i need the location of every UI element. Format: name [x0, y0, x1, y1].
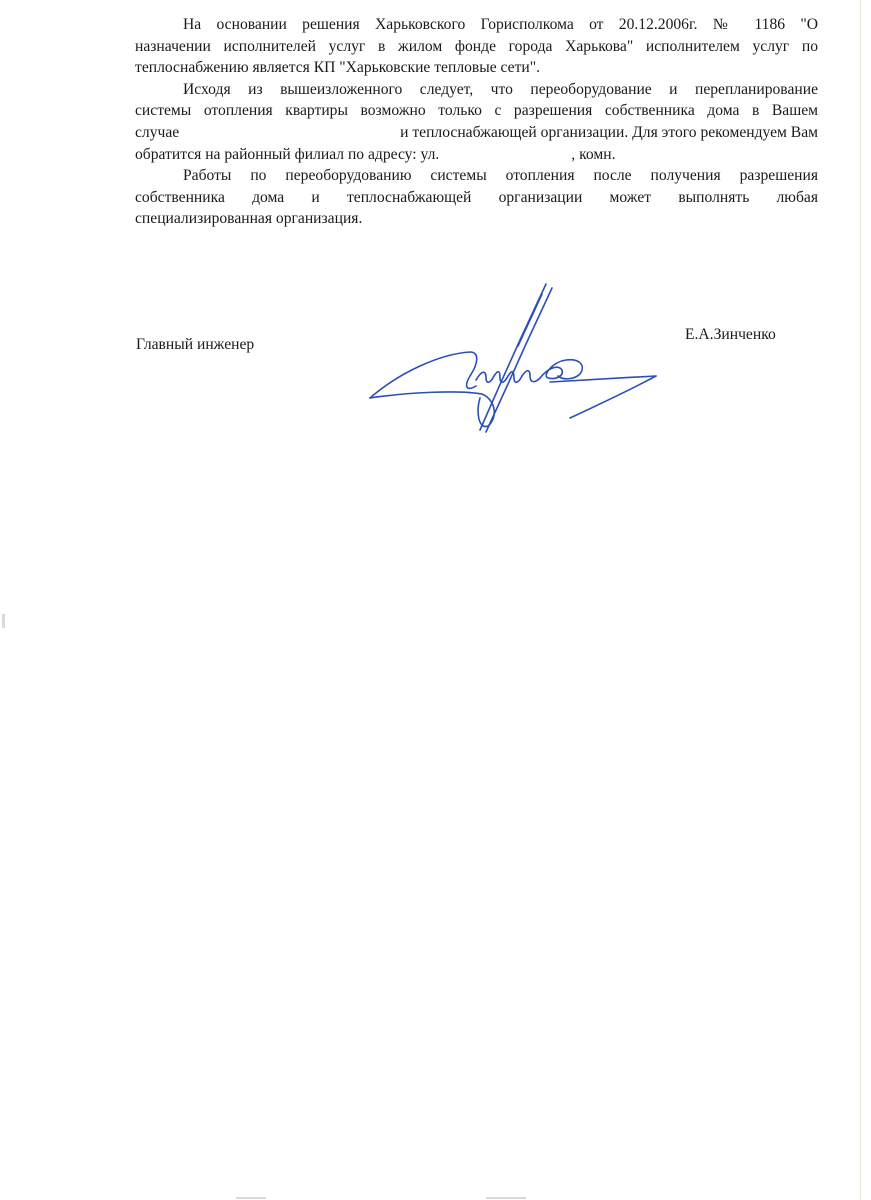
text-fragment: случае [135, 122, 179, 144]
letter-body: На основании решения Харьковского Горисп… [135, 14, 818, 230]
text-line: Работы по переоборудованию системы отопл… [135, 165, 818, 187]
signer-position: Главный инженер [136, 336, 254, 354]
scan-edge-line [860, 0, 861, 1200]
text-line: системы отопления квартиры возможно толь… [135, 100, 818, 122]
scan-artifact [486, 1197, 526, 1199]
text-line-with-blank: случае и теплоснабжающей организации. Дл… [135, 122, 818, 144]
signer-name: Е.А.Зинченко [685, 326, 776, 344]
text-line: теплоснабжению является КП "Харьковские … [135, 57, 818, 79]
scan-artifact [236, 1197, 266, 1199]
text-fragment: обратится на районный филиал по адресу: … [135, 146, 439, 163]
document-page: На основании решения Харьковского Горисп… [0, 0, 871, 1200]
text-line: специализированная организация. [135, 208, 818, 230]
scan-artifact [2, 614, 5, 628]
text-fragment: и теплоснабжающей организации. Для этого… [400, 122, 818, 144]
text-line: назначении исполнителей услуг в жилом фо… [135, 36, 818, 58]
paragraph-works-execution: Работы по переоборудованию системы отопл… [135, 165, 818, 187]
text-line: собственника дома и теплоснабжающей орга… [135, 187, 818, 209]
handwritten-signature-icon [330, 280, 670, 450]
paragraph-permission-requirement: Исходя из вышеизложенного следует, что п… [135, 79, 818, 101]
text-line: Исходя из вышеизложенного следует, что п… [135, 79, 818, 101]
text-line-with-blank: обратится на районный филиал по адресу: … [135, 144, 818, 166]
text-line: На основании решения Харьковского Горисп… [135, 14, 818, 36]
text-fragment: , комн. [571, 146, 615, 163]
paragraph-decision-reference: На основании решения Харьковского Горисп… [135, 14, 818, 36]
